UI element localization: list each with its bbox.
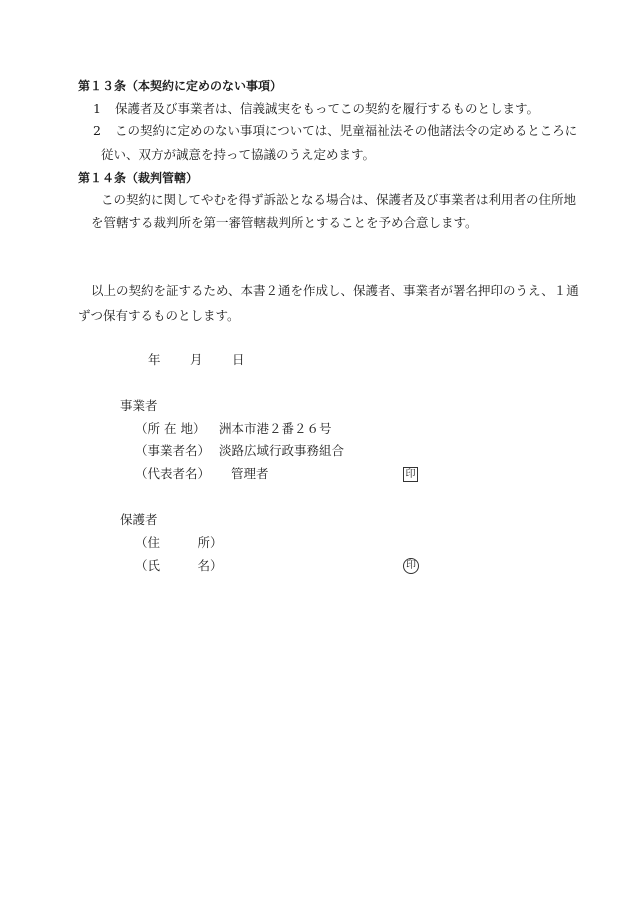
closing-line-1: 以上の契約を証するため、本書２通を作成し、保護者、事業者が署名押印のうえ、１通 bbox=[91, 283, 579, 299]
operator-representative-label: （代表者名） bbox=[135, 466, 210, 482]
operator-name-label: （事業者名） bbox=[135, 443, 210, 459]
article-13-item-2-continuation: 従い、双方が誠意を持って協議のうえ定めます。 bbox=[101, 147, 375, 163]
article-13-heading: 第１３条（本契約に定めのない事項） bbox=[78, 78, 282, 94]
operator-representative-value: 管理者 bbox=[231, 466, 269, 482]
round-seal-icon: 印 bbox=[403, 558, 419, 574]
guardian-title: 保護者 bbox=[120, 512, 158, 528]
operator-address-label: （所 在 地） bbox=[135, 421, 205, 437]
article-13-item-1-text: 保護者及び事業者は、信義誠実をもってこの契約を履行するものとします。 bbox=[115, 101, 539, 117]
article-14-heading: 第１４条（裁判管轄） bbox=[78, 170, 198, 186]
guardian-address-label: （住 所） bbox=[135, 535, 223, 551]
article-13-item-2-number: 2 bbox=[93, 123, 101, 139]
operator-address-value: 洲本市港２番２６号 bbox=[219, 421, 332, 437]
date-day: 日 bbox=[232, 352, 245, 368]
operator-name-value: 淡路広域行政事務組合 bbox=[219, 443, 344, 459]
article-14-line-1: この契約に関してやむを得ず訴訟となる場合は、保護者及び事業者は利用者の住所地 bbox=[101, 192, 576, 208]
date-month: 月 bbox=[190, 352, 203, 368]
article-13-item-1-number: 1 bbox=[93, 101, 101, 117]
operator-title: 事業者 bbox=[120, 398, 158, 414]
square-seal-icon: 印 bbox=[403, 467, 418, 482]
article-13-item-2-text: この契約に定めのない事項については、児童福祉法その他諸法令の定めるところに bbox=[115, 123, 577, 139]
closing-line-2: ずつ保有するものとします。 bbox=[78, 308, 240, 324]
guardian-name-label: （氏 名） bbox=[135, 558, 223, 574]
article-14-line-2: を管轄する裁判所を第一審管轄裁判所とすることを予め合意します。 bbox=[91, 215, 478, 231]
date-year: 年 bbox=[148, 352, 161, 368]
